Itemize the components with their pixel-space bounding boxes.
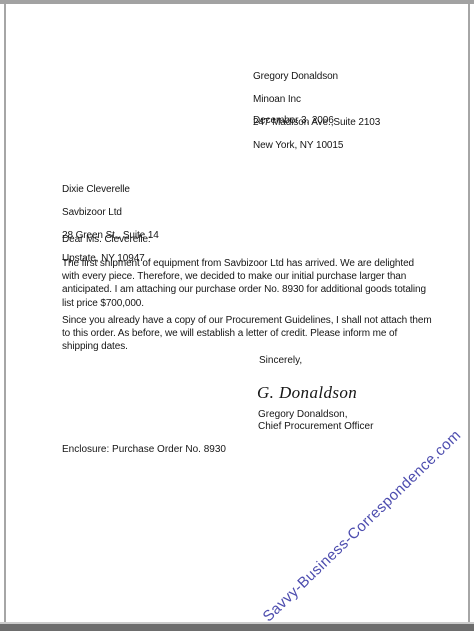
site-watermark: Savvy-Business-Correspondence.com	[260, 427, 465, 626]
page-frame-bottom	[0, 624, 474, 631]
sender-city: New York, NY 10015	[253, 140, 380, 152]
salutation: Dear Ms. Cleverelle:	[62, 234, 151, 246]
sender-company: Minoan Inc	[253, 94, 380, 106]
body-paragraph-2: Since you already have a copy of our Pro…	[62, 314, 462, 354]
body-paragraph-1: The first shipment of equipment from Sav…	[62, 257, 462, 310]
recipient-company: Savbizoor Ltd	[62, 207, 159, 219]
closing-phrase: Sincerely,	[259, 355, 302, 366]
page-frame-left	[4, 4, 6, 622]
recipient-name: Dixie Cleverelle	[62, 184, 159, 196]
enclosure-note: Enclosure: Purchase Order No. 8930	[62, 444, 226, 455]
sender-name: Gregory Donaldson	[253, 71, 380, 83]
sender-address-block: Gregory Donaldson Minoan Inc 247 Madison…	[253, 59, 380, 163]
signer-name: Gregory Donaldson,	[258, 409, 373, 421]
signer-title: Chief Procurement Officer	[258, 421, 373, 433]
page-frame-top	[0, 0, 474, 4]
page-frame-right	[468, 4, 470, 622]
letter-page: Gregory Donaldson Minoan Inc 247 Madison…	[0, 0, 474, 631]
handwritten-signature: G. Donaldson	[257, 383, 357, 403]
signer-block: Gregory Donaldson, Chief Procurement Off…	[258, 409, 373, 432]
letter-date: December 3, 2006	[253, 115, 334, 127]
